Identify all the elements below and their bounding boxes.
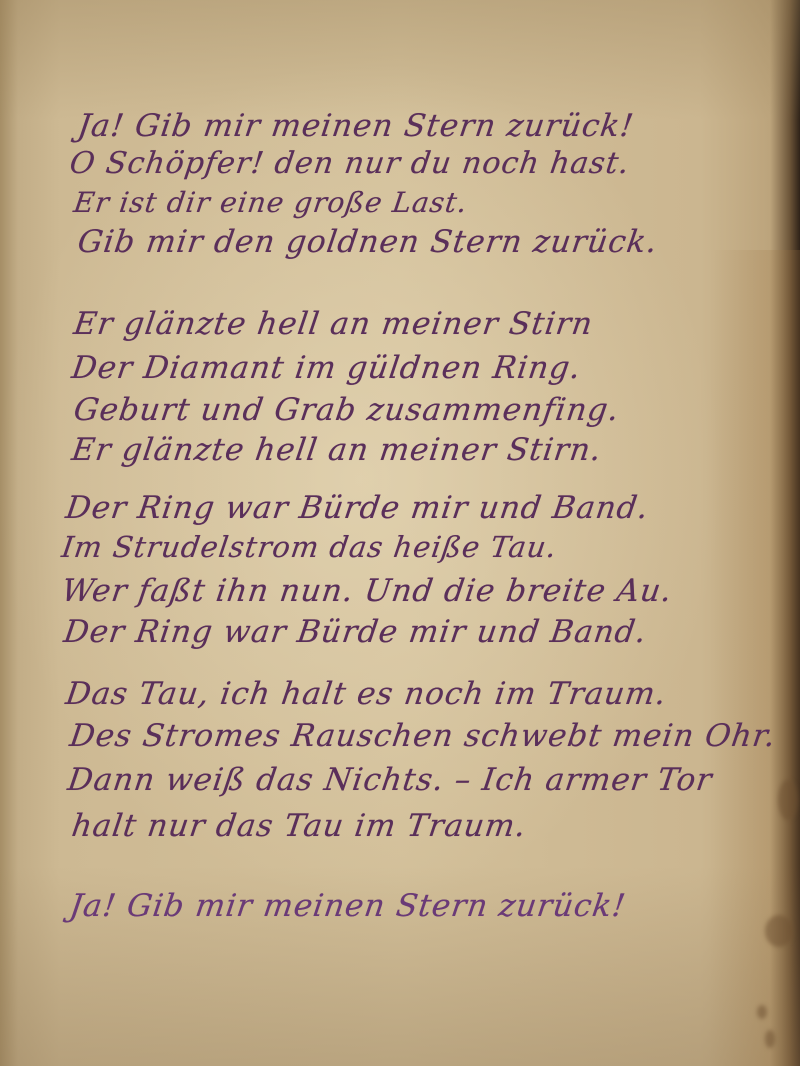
poem-line: Der Diamant im güldnen Ring. xyxy=(69,350,583,386)
poem-line: Er glänzte hell an meiner Stirn xyxy=(71,306,595,342)
poem-line: Im Strudelstrom das heiße Tau. xyxy=(60,530,560,564)
poem-line: Der Ring war Bürde mir und Band. xyxy=(63,490,651,526)
poem-line: Des Stromes Rauschen schwebt mein Ohr. xyxy=(67,718,778,754)
poem-line: Wer faßt ihn nun. Und die breite Au. xyxy=(59,573,674,609)
poem-line: Er glänzte hell an meiner Stirn. xyxy=(69,432,604,468)
poem-line: Dann weiß das Nichts. – Ich armer Tor xyxy=(65,762,714,798)
poem-line-refrain: Ja! Gib mir meinen Stern zurück! xyxy=(67,888,628,924)
poem-line: O Schöpfer! den nur du noch hast. xyxy=(68,146,632,181)
poem-line: Das Tau, ich halt es noch im Traum. xyxy=(63,676,669,712)
poem-line: Geburt und Grab zusammenfing. xyxy=(71,392,621,428)
poem-line: Er ist dir eine große Last. xyxy=(72,186,470,219)
poem-line: Der Ring war Bürde mir und Band. xyxy=(61,614,649,650)
poem-line: Gib mir den goldnen Stern zurück. xyxy=(75,224,660,260)
poem-line: halt nur das Tau im Traum. xyxy=(69,808,528,844)
poem: Ja! Gib mir meinen Stern zurück! O Schöp… xyxy=(0,0,800,1066)
poem-line: Ja! Gib mir meinen Stern zurück! xyxy=(75,108,636,144)
